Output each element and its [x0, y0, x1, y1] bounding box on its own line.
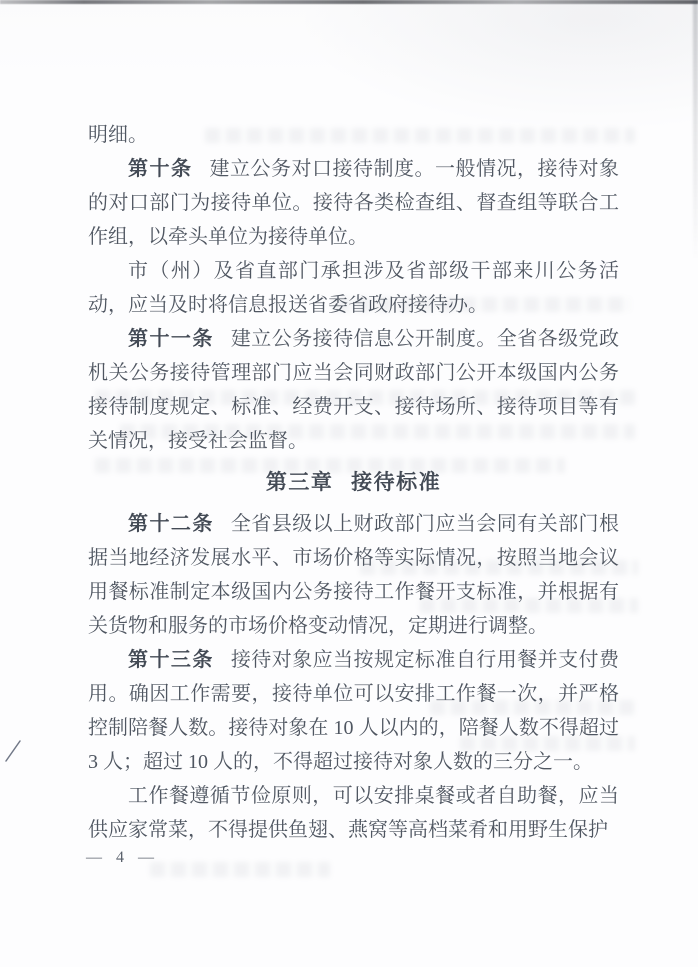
chapter-number: 第三章 — [266, 470, 334, 494]
continuation-paragraph: 明细。 — [88, 118, 619, 152]
city-provincial-paragraph: 市（州）及省直部门承担涉及省部级干部来川公务活动，应当及时将信息报送省委省政府接… — [88, 254, 619, 322]
article-11-number: 第十一条 — [128, 328, 214, 350]
article-11-paragraph: 第十一条建立公务接待信息公开制度。全省各级党政机关公务接待管理部门应当会同财政部… — [88, 322, 619, 458]
scanned-document-page: 明细。 第十条建立公务对口接待制度。一般情况，接待对象的对口部门为接待单位。接待… — [0, 0, 698, 967]
stray-pen-mark — [4, 738, 24, 764]
paragraph-text: 工作餐遵循节俭原则，可以安排桌餐或者自助餐，应当供应家常菜，不得提供鱼翅、燕窝等… — [88, 785, 619, 841]
page-number: — 4 — — [86, 849, 159, 867]
bleed-through-ghost — [150, 862, 330, 877]
article-12-number: 第十二条 — [128, 513, 214, 535]
work-meal-paragraph: 工作餐遵循节俭原则，可以安排桌餐或者自助餐，应当供应家常菜，不得提供鱼翅、燕窝等… — [88, 779, 619, 847]
chapter-3-heading: 第三章接待标准 — [88, 465, 619, 499]
article-12-paragraph: 第十二条全省县级以上财政部门应当会同有关部门根据当地经济发展水平、市场价格等实际… — [88, 507, 619, 643]
paragraph-text: 明细。 — [88, 124, 148, 146]
article-10-number: 第十条 — [128, 158, 193, 180]
paragraph-text: 市（州）及省直部门承担涉及省部级干部来川公务活动，应当及时将信息报送省委省政府接… — [88, 260, 619, 316]
article-13-paragraph: 第十三条接待对象应当按规定标准自行用餐并支付费用。确因工作需要，接待单位可以安排… — [88, 643, 619, 779]
article-13-number: 第十三条 — [128, 649, 214, 671]
document-body: 明细。 第十条建立公务对口接待制度。一般情况，接待对象的对口部门为接待单位。接待… — [88, 118, 619, 847]
scanner-edge-shadow-right — [693, 0, 698, 260]
article-10-paragraph: 第十条建立公务对口接待制度。一般情况，接待对象的对口部门为接待单位。接待各类检查… — [88, 152, 619, 254]
scanner-edge-shadow-top — [0, 0, 698, 4]
chapter-title: 接待标准 — [351, 470, 441, 494]
